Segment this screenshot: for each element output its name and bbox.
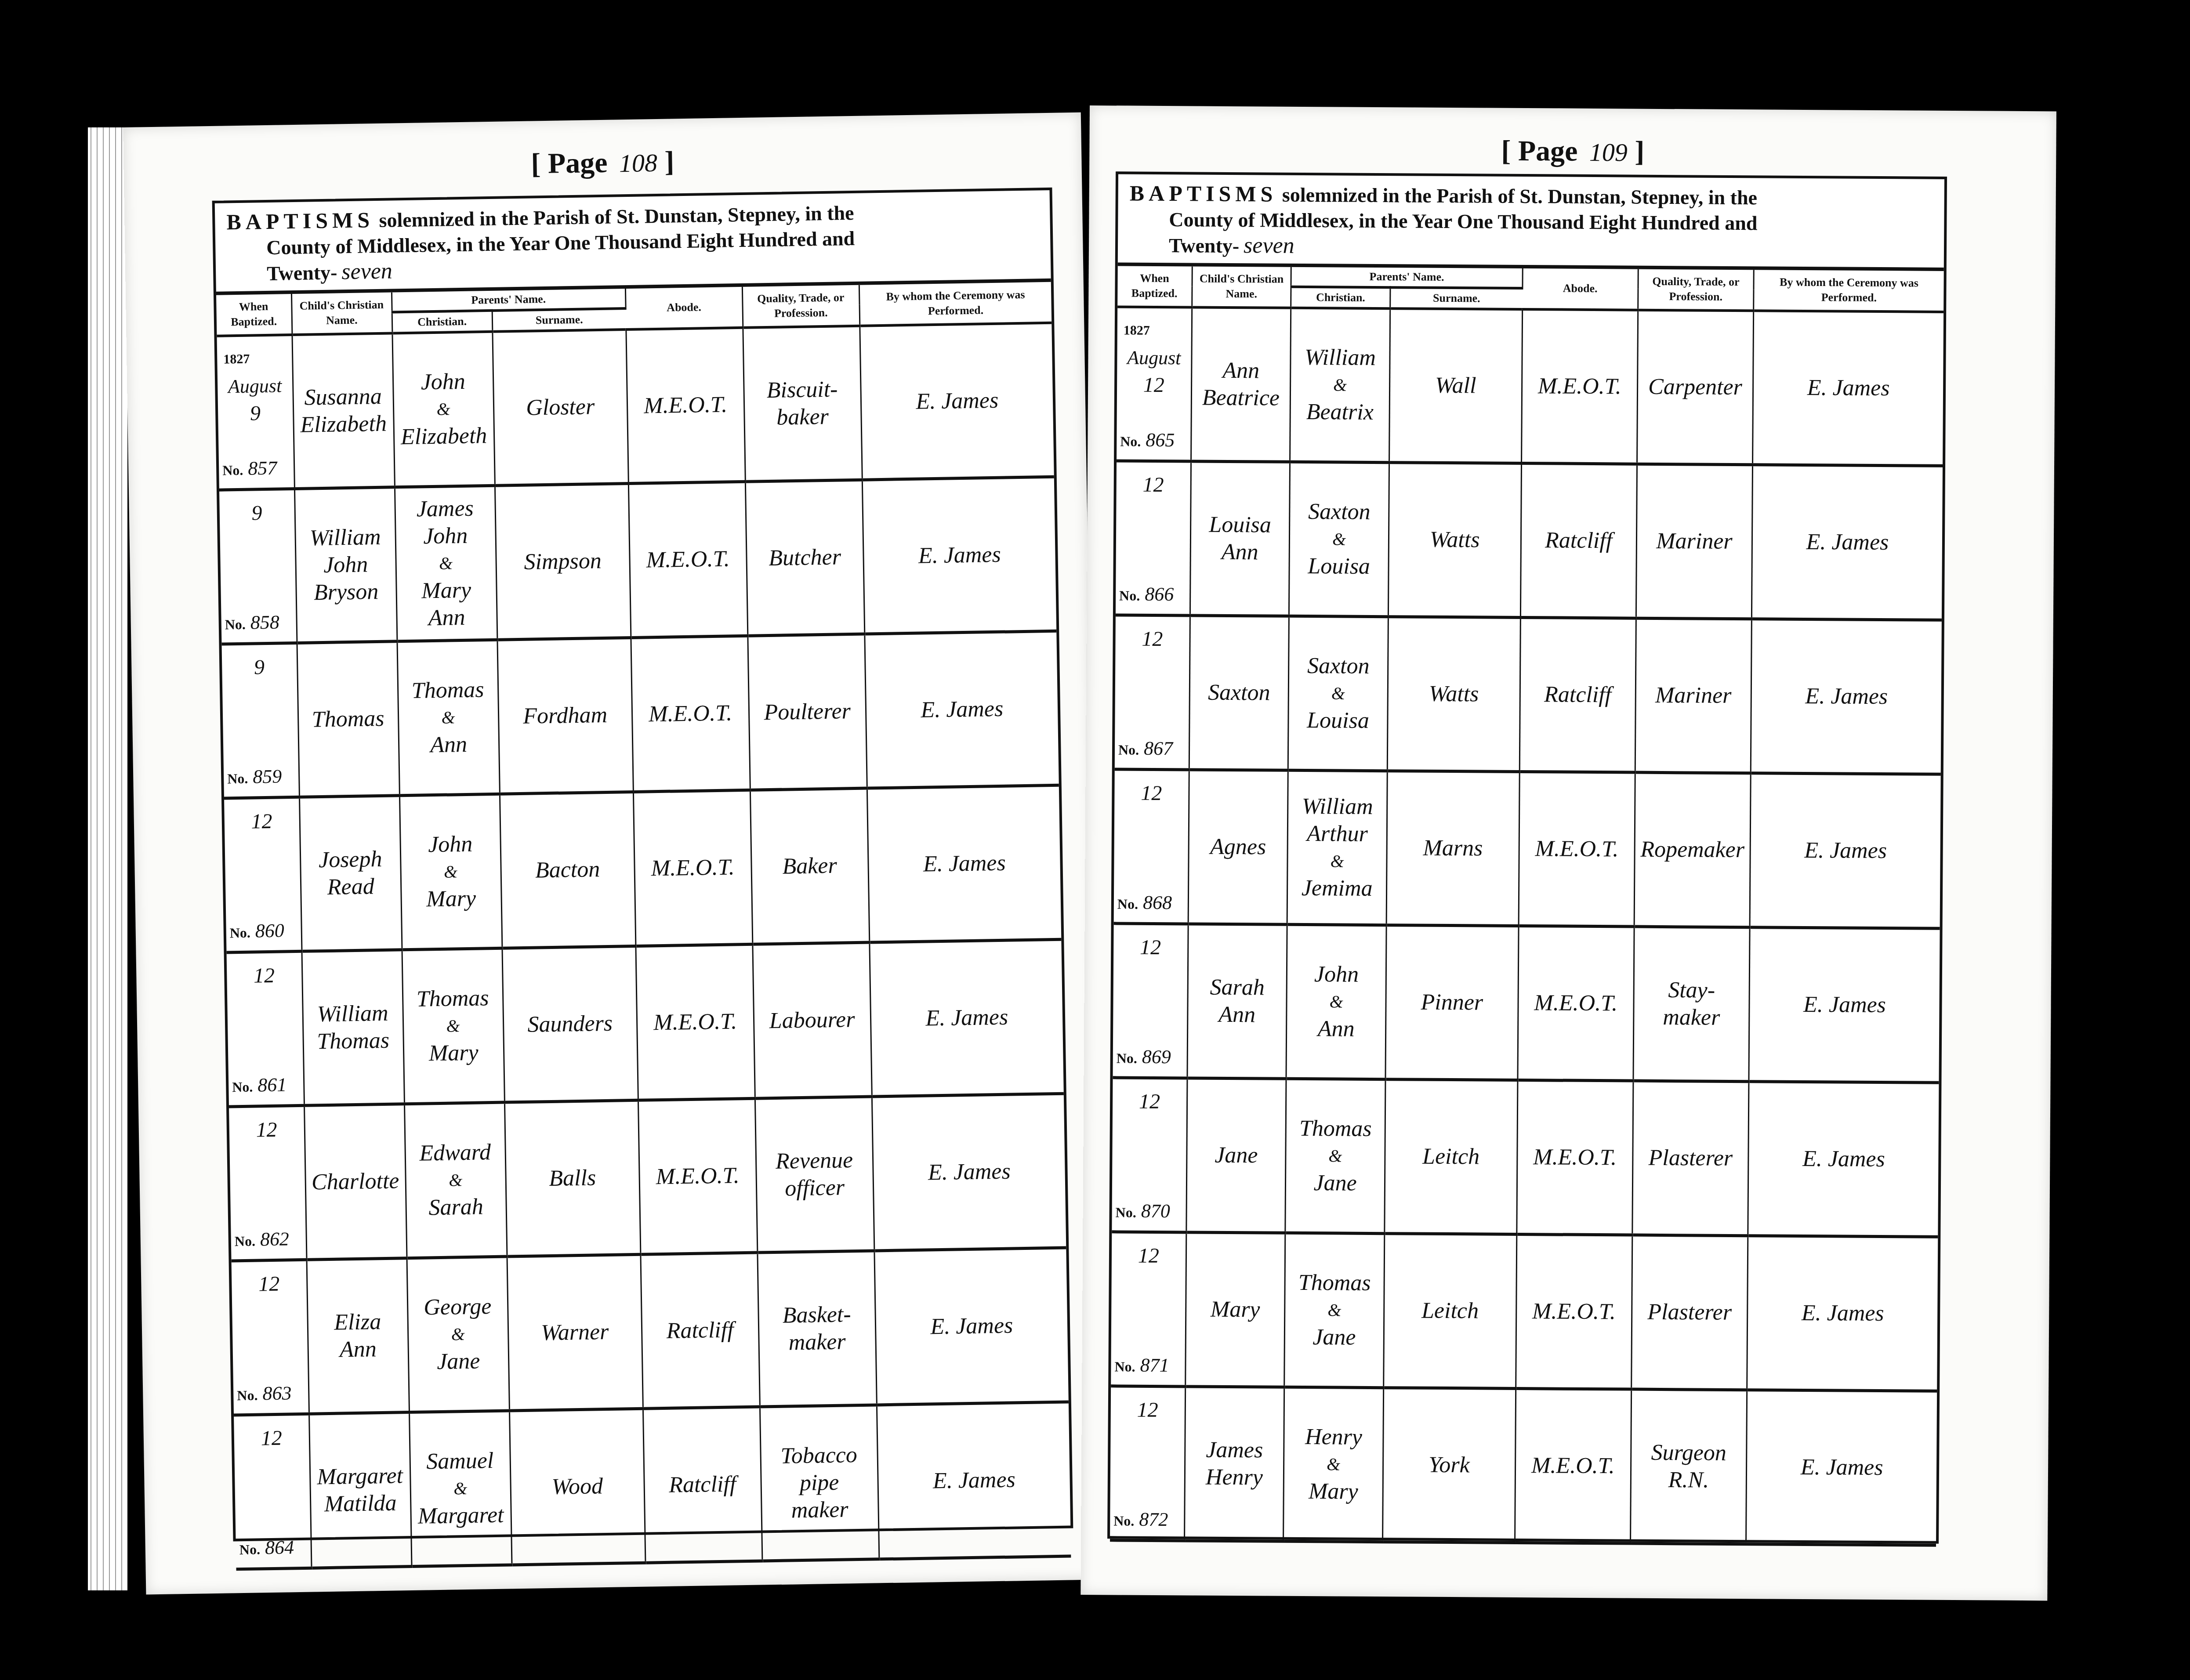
parent-name-part: & — [400, 703, 496, 732]
entry-number: No. 866 — [1119, 580, 1174, 609]
officiant-cell: E. James — [1749, 927, 1940, 1083]
trade-part: officer — [758, 1174, 871, 1203]
abode-cell: M.E.O.T. — [1521, 309, 1638, 464]
entry-number: No. 870 — [1115, 1197, 1170, 1226]
officiant-cell: E. James — [1753, 311, 1944, 466]
parent-name-part: Beatrix — [1293, 398, 1387, 426]
abode-cell: M.E.O.T. — [1518, 926, 1634, 1081]
child-name-cell: JamesHenry — [1184, 1387, 1284, 1541]
officiant: E. James — [1802, 1146, 1885, 1172]
surname: Leitch — [1421, 1298, 1479, 1324]
col-quality-trade: Quality, Trade, or Profession. — [1638, 269, 1754, 311]
entry-number-value: 870 — [1141, 1200, 1170, 1222]
parent-name-part: & — [403, 858, 499, 886]
baptism-day: 12 — [1113, 1396, 1183, 1424]
parents-christian-cell: George&Jane — [407, 1256, 509, 1412]
table-row: 12No. 870JaneThomas&JaneLeitchM.E.O.T.Pl… — [1112, 1078, 1939, 1237]
parent-name-part: Mary — [399, 576, 494, 605]
officiant: E. James — [918, 542, 1001, 568]
baptism-day: 12 — [1115, 934, 1186, 961]
col-parents-surname: Surname. — [492, 308, 626, 332]
register-heading: BAPTISMS solemnized in the Parish of St.… — [1118, 174, 1944, 271]
parents-christian-cell: Henry&Mary — [1284, 1387, 1384, 1542]
parents-christian-cell: WilliamArthur&Jemima — [1287, 770, 1387, 925]
trade-part: maker — [1636, 1004, 1747, 1032]
child-name-part: Charlotte — [308, 1167, 403, 1196]
child-name-part: Ann — [1194, 357, 1288, 384]
when-baptized-cell: 1827August9No. 857 — [217, 335, 294, 490]
parents-christian-cell: Saxton&Louisa — [1288, 616, 1389, 771]
child-name-part: Thomas — [305, 1027, 401, 1055]
parent-name-part: John — [398, 522, 493, 550]
child-name-cell: LouisaAnn — [1190, 461, 1290, 616]
child-name-part: Henry — [1187, 1463, 1281, 1491]
trade-cell: Plasterer — [1632, 1235, 1748, 1390]
officiant-cell: E. James — [1750, 773, 1941, 929]
officiant: E. James — [1805, 684, 1888, 709]
child-name-cell: JosephRead — [299, 796, 402, 952]
right-page: [ Page 109 ] BAPTISMS solemnized in the … — [1080, 105, 2056, 1600]
child-name-part: Elizabeth — [296, 410, 392, 439]
when-baptized-cell: 12No. 870 — [1112, 1078, 1187, 1232]
baptism-month: August — [1119, 344, 1189, 372]
entry-number: No. 862 — [234, 1225, 289, 1255]
trade-cell: SurgeonR.N. — [1630, 1389, 1747, 1544]
parent-name-part: Thomas — [405, 985, 500, 1013]
parent-name-part: Ann — [401, 731, 497, 759]
surname-cell: Leitch — [1385, 1079, 1518, 1235]
child-name-cell: SarahAnn — [1187, 924, 1287, 1079]
table-row: 12No. 867SaxtonSaxton&LouisaWattsRatclif… — [1115, 615, 1942, 774]
officiant-cell: E. James — [1748, 1082, 1939, 1237]
col-abode: Abode. — [625, 287, 743, 329]
surname: Warner — [541, 1319, 609, 1345]
parents-christian-cell: John&Elizabeth — [392, 332, 494, 487]
abode: M.E.O.T. — [644, 392, 728, 418]
parent-name-part: & — [395, 395, 491, 424]
child-name-cell: Thomas — [297, 641, 399, 797]
table-row: 1827August12No. 865AnnBeatriceWilliam&Be… — [1117, 307, 1943, 466]
trade-cell: Stay-maker — [1633, 927, 1750, 1082]
parents-christian-cell: William&Beatrix — [1290, 308, 1390, 463]
parent-name-part: & — [398, 549, 494, 578]
table-row: 9No. 859ThomasThomas&AnnFordhamM.E.O.T.P… — [222, 631, 1059, 798]
parent-name-part: & — [413, 1474, 508, 1503]
page-number-header: [ Page 108 ] — [123, 139, 1082, 187]
trade-cell: Ropemaker — [1634, 772, 1751, 927]
child-name-part: Agnes — [1191, 833, 1285, 861]
entry-number-label: No. — [1120, 433, 1141, 449]
when-baptized-cell: 12No. 863 — [232, 1260, 309, 1415]
when-baptized-cell: 12No. 866 — [1116, 461, 1191, 616]
parent-name-part: John — [402, 830, 498, 859]
trade-part: Biscuit- — [746, 376, 859, 405]
entry-number-value: 867 — [1144, 738, 1173, 759]
entry-number: No. 860 — [229, 917, 284, 946]
heading-baptisms: BAPTISMS — [226, 207, 374, 234]
officiant-cell: E. James — [1746, 1390, 1937, 1546]
trade-cell: Mariner — [1636, 464, 1752, 619]
parent-name-part: Louisa — [1291, 707, 1385, 735]
surname-cell: Simpson — [495, 484, 631, 640]
officiant: E. James — [1806, 529, 1889, 555]
entry-number: No. 861 — [232, 1071, 287, 1101]
trade-cell: Poulterer — [747, 634, 867, 790]
entry-number-value: 871 — [1140, 1354, 1169, 1376]
surname-cell: Wall — [1389, 308, 1522, 463]
col-abode: Abode. — [1522, 268, 1638, 310]
entry-number-value: 862 — [260, 1228, 290, 1250]
child-name-part: Eliza — [310, 1308, 406, 1336]
page-number: 108 — [619, 148, 657, 177]
when-baptized-cell: 1827August12No. 865 — [1117, 307, 1192, 461]
trade-cell: Biscuit-baker — [743, 326, 862, 482]
parents-christian-cell: Thomas&Ann — [397, 640, 499, 796]
entry-number: No. 868 — [1117, 889, 1172, 918]
parent-name-part: & — [1288, 1142, 1382, 1170]
parent-name-part: & — [1290, 847, 1385, 875]
trade-part: baker — [747, 403, 859, 432]
child-name-part: James — [1187, 1436, 1282, 1464]
surname-cell: York — [1382, 1388, 1516, 1543]
table-row: 9No. 858WilliamJohnBrysonJamesJohn&MaryA… — [219, 477, 1056, 644]
child-name-part: William — [297, 523, 393, 552]
trade-cell: Mariner — [1635, 618, 1751, 773]
surname: Marns — [1423, 836, 1483, 861]
surname-cell: Watts — [1388, 463, 1521, 618]
child-name-cell: SusannaElizabeth — [292, 333, 394, 489]
child-name-part: Beatrice — [1193, 384, 1288, 412]
child-name-cell: Jane — [1186, 1078, 1287, 1233]
surname: Gloster — [526, 394, 595, 420]
entry-number-label: No. — [239, 1542, 261, 1558]
surname-cell: Watts — [1387, 617, 1520, 772]
heading-year-handwritten: seven — [1244, 233, 1294, 258]
when-baptized-cell: 12No. 872 — [1110, 1386, 1185, 1541]
entry-number-value: 859 — [253, 766, 282, 788]
abode-cell: Ratcliff — [640, 1253, 759, 1408]
col-when-baptized: When Baptized. — [1117, 266, 1192, 307]
abode: Ratcliff — [669, 1471, 736, 1497]
col-by-whom: By whom the Ceremony was Performed. — [859, 282, 1051, 326]
surname: Pinner — [1421, 990, 1483, 1015]
abode-cell: M.E.O.T. — [1516, 1080, 1633, 1235]
entry-number-label: No. — [225, 616, 246, 633]
parent-name-part: Jemima — [1290, 875, 1384, 902]
trade-part: Revenue — [758, 1147, 870, 1176]
abode-cell: M.E.O.T. — [626, 328, 745, 484]
child-name-part: Mary — [1188, 1296, 1283, 1323]
entry-number-label: No. — [1118, 742, 1139, 757]
surname-cell: Marns — [1386, 771, 1519, 926]
parent-name-part: James — [397, 495, 493, 523]
abode: M.E.O.T. — [1531, 1453, 1615, 1478]
child-name-part: Ann — [1190, 1001, 1284, 1028]
trade-part: Butcher — [749, 543, 861, 572]
surname: Balls — [549, 1165, 596, 1191]
officiant-cell: E. James — [867, 785, 1061, 942]
child-name-cell: WilliamJohnBryson — [294, 487, 397, 643]
child-name-part: William — [305, 999, 401, 1028]
parent-name-part: Mary — [406, 1039, 501, 1068]
officiant: E. James — [933, 1467, 1016, 1493]
col-parents-name: Parents' Name. — [1291, 267, 1523, 288]
entry-number: No. 869 — [1117, 1043, 1171, 1072]
entry-number-value: 868 — [1143, 892, 1172, 913]
when-baptized-cell: 12No. 868 — [1114, 769, 1189, 924]
abode-cell: M.E.O.T. — [633, 790, 752, 946]
abode: M.E.O.T. — [653, 1009, 737, 1035]
abode-cell: M.E.O.T. — [628, 482, 747, 637]
child-name-part: Jane — [1189, 1141, 1284, 1169]
trade-part: Poulterer — [751, 698, 863, 727]
officiant-cell: E. James — [859, 323, 1054, 480]
child-name-cell: MargaretMatilda — [309, 1412, 411, 1568]
parent-name-part: William — [1293, 344, 1388, 372]
parent-name-part: Ann — [1289, 1015, 1383, 1043]
surname-cell: Leitch — [1384, 1234, 1517, 1389]
parent-name-part: George — [410, 1293, 505, 1322]
parents-christian-cell: Thomas&Jane — [1284, 1233, 1385, 1387]
parent-name-part: Jane — [1288, 1169, 1382, 1197]
trade-cell: Labourer — [752, 942, 871, 1098]
abode-cell: Ratcliff — [1519, 618, 1636, 773]
entry-number-label: No. — [230, 925, 251, 941]
baptism-day: 12 — [236, 1424, 307, 1453]
officiant: E. James — [1801, 1455, 1883, 1480]
table-row: 12No. 862CharlotteEdward&SarahBallsM.E.O… — [229, 1093, 1066, 1261]
surname: Fordham — [523, 702, 607, 729]
officiant-cell: E. James — [862, 477, 1056, 634]
child-name-part: Thomas — [300, 705, 396, 733]
page-number-header: [ Page 109 ] — [1089, 132, 2056, 171]
child-name-part: Read — [303, 873, 399, 901]
abode-cell: Ratcliff — [643, 1407, 762, 1563]
officiant-cell: E. James — [877, 1402, 1071, 1559]
surname-cell: Pinner — [1385, 925, 1519, 1080]
surname-cell: Warner — [507, 1254, 642, 1411]
trade-cell: Carpenter — [1637, 310, 1753, 465]
parent-name-part: Jane — [1287, 1324, 1381, 1351]
when-baptized-cell: 12No. 867 — [1115, 615, 1190, 770]
book-page-edges — [88, 127, 127, 1590]
entry-number-label: No. — [1119, 587, 1140, 603]
table-row: 12No. 869SarahAnnJohn&AnnPinnerM.E.O.T.S… — [1113, 923, 1940, 1083]
entry-number-label: No. — [1117, 1050, 1137, 1066]
abode-cell: M.E.O.T. — [1515, 1388, 1631, 1543]
table-row: 12No. 872JamesHenryHenry&MaryYorkM.E.O.T… — [1110, 1386, 1937, 1545]
parent-name-part: & — [1293, 371, 1387, 399]
child-name-cell: Saxton — [1189, 616, 1289, 770]
baptism-day: 12 — [1118, 471, 1189, 499]
entry-number-value: 863 — [262, 1382, 292, 1404]
parent-name-part: William — [1290, 793, 1385, 821]
baptism-month: August — [219, 372, 290, 401]
child-name-cell: Mary — [1185, 1232, 1285, 1387]
parent-name-part: John — [1289, 961, 1384, 988]
child-name-part: Margaret — [312, 1462, 408, 1491]
surname: Wood — [551, 1474, 603, 1499]
col-by-whom: By whom the Ceremony was Performed. — [1754, 270, 1944, 312]
baptism-day: 12 — [226, 807, 297, 836]
baptism-register-table-left: BAPTISMS solemnized in the Parish of St.… — [212, 188, 1073, 1542]
col-when-baptized: When Baptized. — [216, 294, 292, 336]
surname: Simpson — [524, 548, 602, 575]
officiant-cell: E. James — [864, 631, 1059, 788]
col-parents-christian: Christian. — [1291, 287, 1390, 308]
entry-number: No. 863 — [237, 1379, 292, 1409]
parent-name-part: & — [410, 1320, 506, 1349]
officiant: E. James — [1803, 992, 1886, 1017]
entry-number-label: No. — [237, 1387, 258, 1404]
left-page: [ Page 108 ] BAPTISMS solemnized in the … — [123, 112, 1104, 1595]
baptism-day: 12 — [228, 962, 300, 990]
parents-christian-cell: Saxton&Louisa — [1289, 462, 1389, 616]
when-baptized-cell: 9No. 859 — [222, 643, 299, 798]
baptism-day: 12 — [1117, 625, 1187, 653]
when-baptized-cell: 9No. 858 — [219, 489, 297, 644]
child-name-part: Bryson — [298, 578, 394, 606]
table-row: 12No. 868AgnesWilliamArthur&JemimaMarnsM… — [1114, 769, 1941, 928]
parent-name-part: & — [1292, 525, 1386, 553]
trade-part: maker — [764, 1495, 876, 1524]
table-row: 12No. 866LouisaAnnSaxton&LouisaWattsRatc… — [1116, 461, 1943, 620]
entry-number-label: No. — [1117, 896, 1138, 912]
surname: Leitch — [1422, 1144, 1479, 1169]
trade-part: Mariner — [1639, 528, 1750, 556]
parent-name-part: Arthur — [1290, 820, 1385, 848]
officiant: E. James — [1804, 838, 1887, 863]
trade-part: Labourer — [756, 1006, 868, 1035]
entry-number-label: No. — [227, 771, 248, 787]
table-row: 12No. 860JosephReadJohn&MaryBactonM.E.O.… — [224, 785, 1061, 952]
abode-cell: Ratcliff — [1520, 463, 1637, 619]
officiant: E. James — [1802, 1300, 1884, 1326]
abode: M.E.O.T. — [1533, 1144, 1617, 1170]
heading-year-handwritten: seven — [341, 258, 392, 284]
child-name-cell: ElizaAnn — [307, 1258, 409, 1414]
trade-part: Baker — [754, 852, 866, 881]
entry-number: No. 864 — [239, 1534, 294, 1563]
entry-number-value: 860 — [255, 920, 284, 941]
abode-cell: M.E.O.T. — [1519, 772, 1635, 927]
col-child-name: Child's Christian Name. — [1192, 266, 1291, 308]
baptism-day: 12 — [1114, 1088, 1185, 1115]
entry-number-value: 866 — [1145, 583, 1174, 605]
child-name-part: Matilda — [312, 1489, 408, 1518]
trade-cell: Butcher — [745, 480, 864, 636]
baptism-day: 12 — [1116, 779, 1186, 807]
baptism-day: 12 — [233, 1270, 305, 1299]
parent-name-part: Jane — [410, 1347, 506, 1376]
heading-line1: solemnized in the Parish of St. Dunstan,… — [1282, 184, 1757, 209]
trade-cell: Revenueofficer — [755, 1097, 874, 1253]
parent-name-part: Edward — [407, 1139, 503, 1167]
officiant-cell: E. James — [872, 1093, 1066, 1251]
entry-number-label: No. — [232, 1079, 253, 1095]
parents-christian-cell: Edward&Sarah — [404, 1102, 507, 1258]
trade-cell: Plasterer — [1632, 1081, 1749, 1236]
page-close-bracket: ] — [1635, 136, 1644, 168]
parent-name-part: Mary — [403, 885, 499, 913]
trade-part: Tobacco pipe — [763, 1441, 876, 1497]
entry-number: No. 867 — [1118, 735, 1173, 764]
baptism-year: 1827 — [1119, 317, 1189, 344]
child-name-part: Joseph — [302, 845, 398, 874]
entry-number-value: 872 — [1139, 1509, 1168, 1530]
parent-name-part: John — [395, 368, 491, 396]
abode: Ratcliff — [666, 1318, 734, 1343]
entry-number: No. 872 — [1113, 1506, 1168, 1535]
parents-christian-cell: Samuel&Margaret — [409, 1411, 511, 1567]
col-parents-christian: Christian. — [392, 311, 493, 333]
surname-cell: Gloster — [492, 329, 628, 485]
officiant: E. James — [921, 696, 1004, 723]
page-number: 109 — [1589, 138, 1628, 167]
parent-name-part: Louisa — [1292, 553, 1386, 580]
parent-name-part: Elizabeth — [396, 422, 492, 451]
parents-christian-cell: Thomas&Mary — [402, 948, 504, 1104]
entry-number-value: 861 — [257, 1074, 287, 1096]
entry-number: No. 858 — [225, 609, 279, 638]
parent-name-part: Henry — [1287, 1423, 1381, 1451]
entry-number: No. 865 — [1120, 426, 1175, 455]
surname-cell: Saunders — [502, 946, 638, 1102]
parent-name-part: Margaret — [413, 1502, 509, 1530]
parent-name-part: Mary — [1286, 1478, 1381, 1506]
surname-cell: Fordham — [497, 637, 633, 794]
trade-part: Mariner — [1638, 682, 1749, 710]
officiant-cell: E. James — [869, 939, 1063, 1097]
officiant: E. James — [928, 1159, 1011, 1185]
officiant: E. James — [923, 851, 1006, 877]
col-child-name: Child's Christian Name. — [291, 292, 392, 335]
child-name-cell: WilliamThomas — [302, 950, 404, 1106]
entry-number-label: No. — [1116, 1204, 1136, 1220]
parents-christian-cell: Thomas&Jane — [1285, 1079, 1385, 1233]
officiant: E. James — [916, 388, 999, 414]
parent-name-part: Ann — [399, 604, 495, 632]
surname: Wall — [1435, 373, 1476, 398]
trade-part: Plasterer — [1634, 1299, 1745, 1327]
officiant-cell: E. James — [874, 1248, 1068, 1405]
register-table: When Baptized. Child's Christian Name. P… — [1110, 266, 1944, 1546]
table-row: 12No. 864MargaretMatildaSamuel&MargaretW… — [234, 1402, 1071, 1569]
table-row: 12No. 871MaryThomas&JaneLeitchM.E.O.T.Pl… — [1111, 1232, 1938, 1391]
trade-part: Basket- — [761, 1301, 873, 1330]
parent-name-part: Sarah — [408, 1193, 504, 1222]
col-quality-trade: Quality, Trade, or Profession. — [742, 285, 859, 328]
baptism-day: 9 — [220, 399, 291, 428]
baptism-register-table-right: BAPTISMS solemnized in the Parish of St.… — [1107, 171, 1947, 1543]
heading-baptisms: BAPTISMS — [1130, 181, 1277, 206]
abode: M.E.O.T. — [1534, 990, 1617, 1016]
abode: M.E.O.T. — [649, 700, 732, 727]
child-name-cell: Charlotte — [304, 1104, 406, 1260]
officiant-cell: E. James — [1751, 619, 1942, 775]
trade-part: Ropemaker — [1637, 836, 1748, 864]
surname: Watts — [1429, 681, 1479, 707]
officiant: E. James — [1807, 375, 1890, 401]
officiant: E. James — [930, 1313, 1013, 1340]
abode-cell: M.E.O.T. — [638, 1098, 757, 1254]
abode: M.E.O.T. — [656, 1163, 740, 1189]
abode: M.E.O.T. — [1535, 836, 1618, 862]
entry-number-value: 857 — [248, 457, 277, 479]
register-table: When Baptized. Child's Christian Name. P… — [216, 282, 1071, 1571]
entry-number-label: No. — [1113, 1513, 1134, 1528]
entry-number: No. 871 — [1114, 1351, 1169, 1380]
